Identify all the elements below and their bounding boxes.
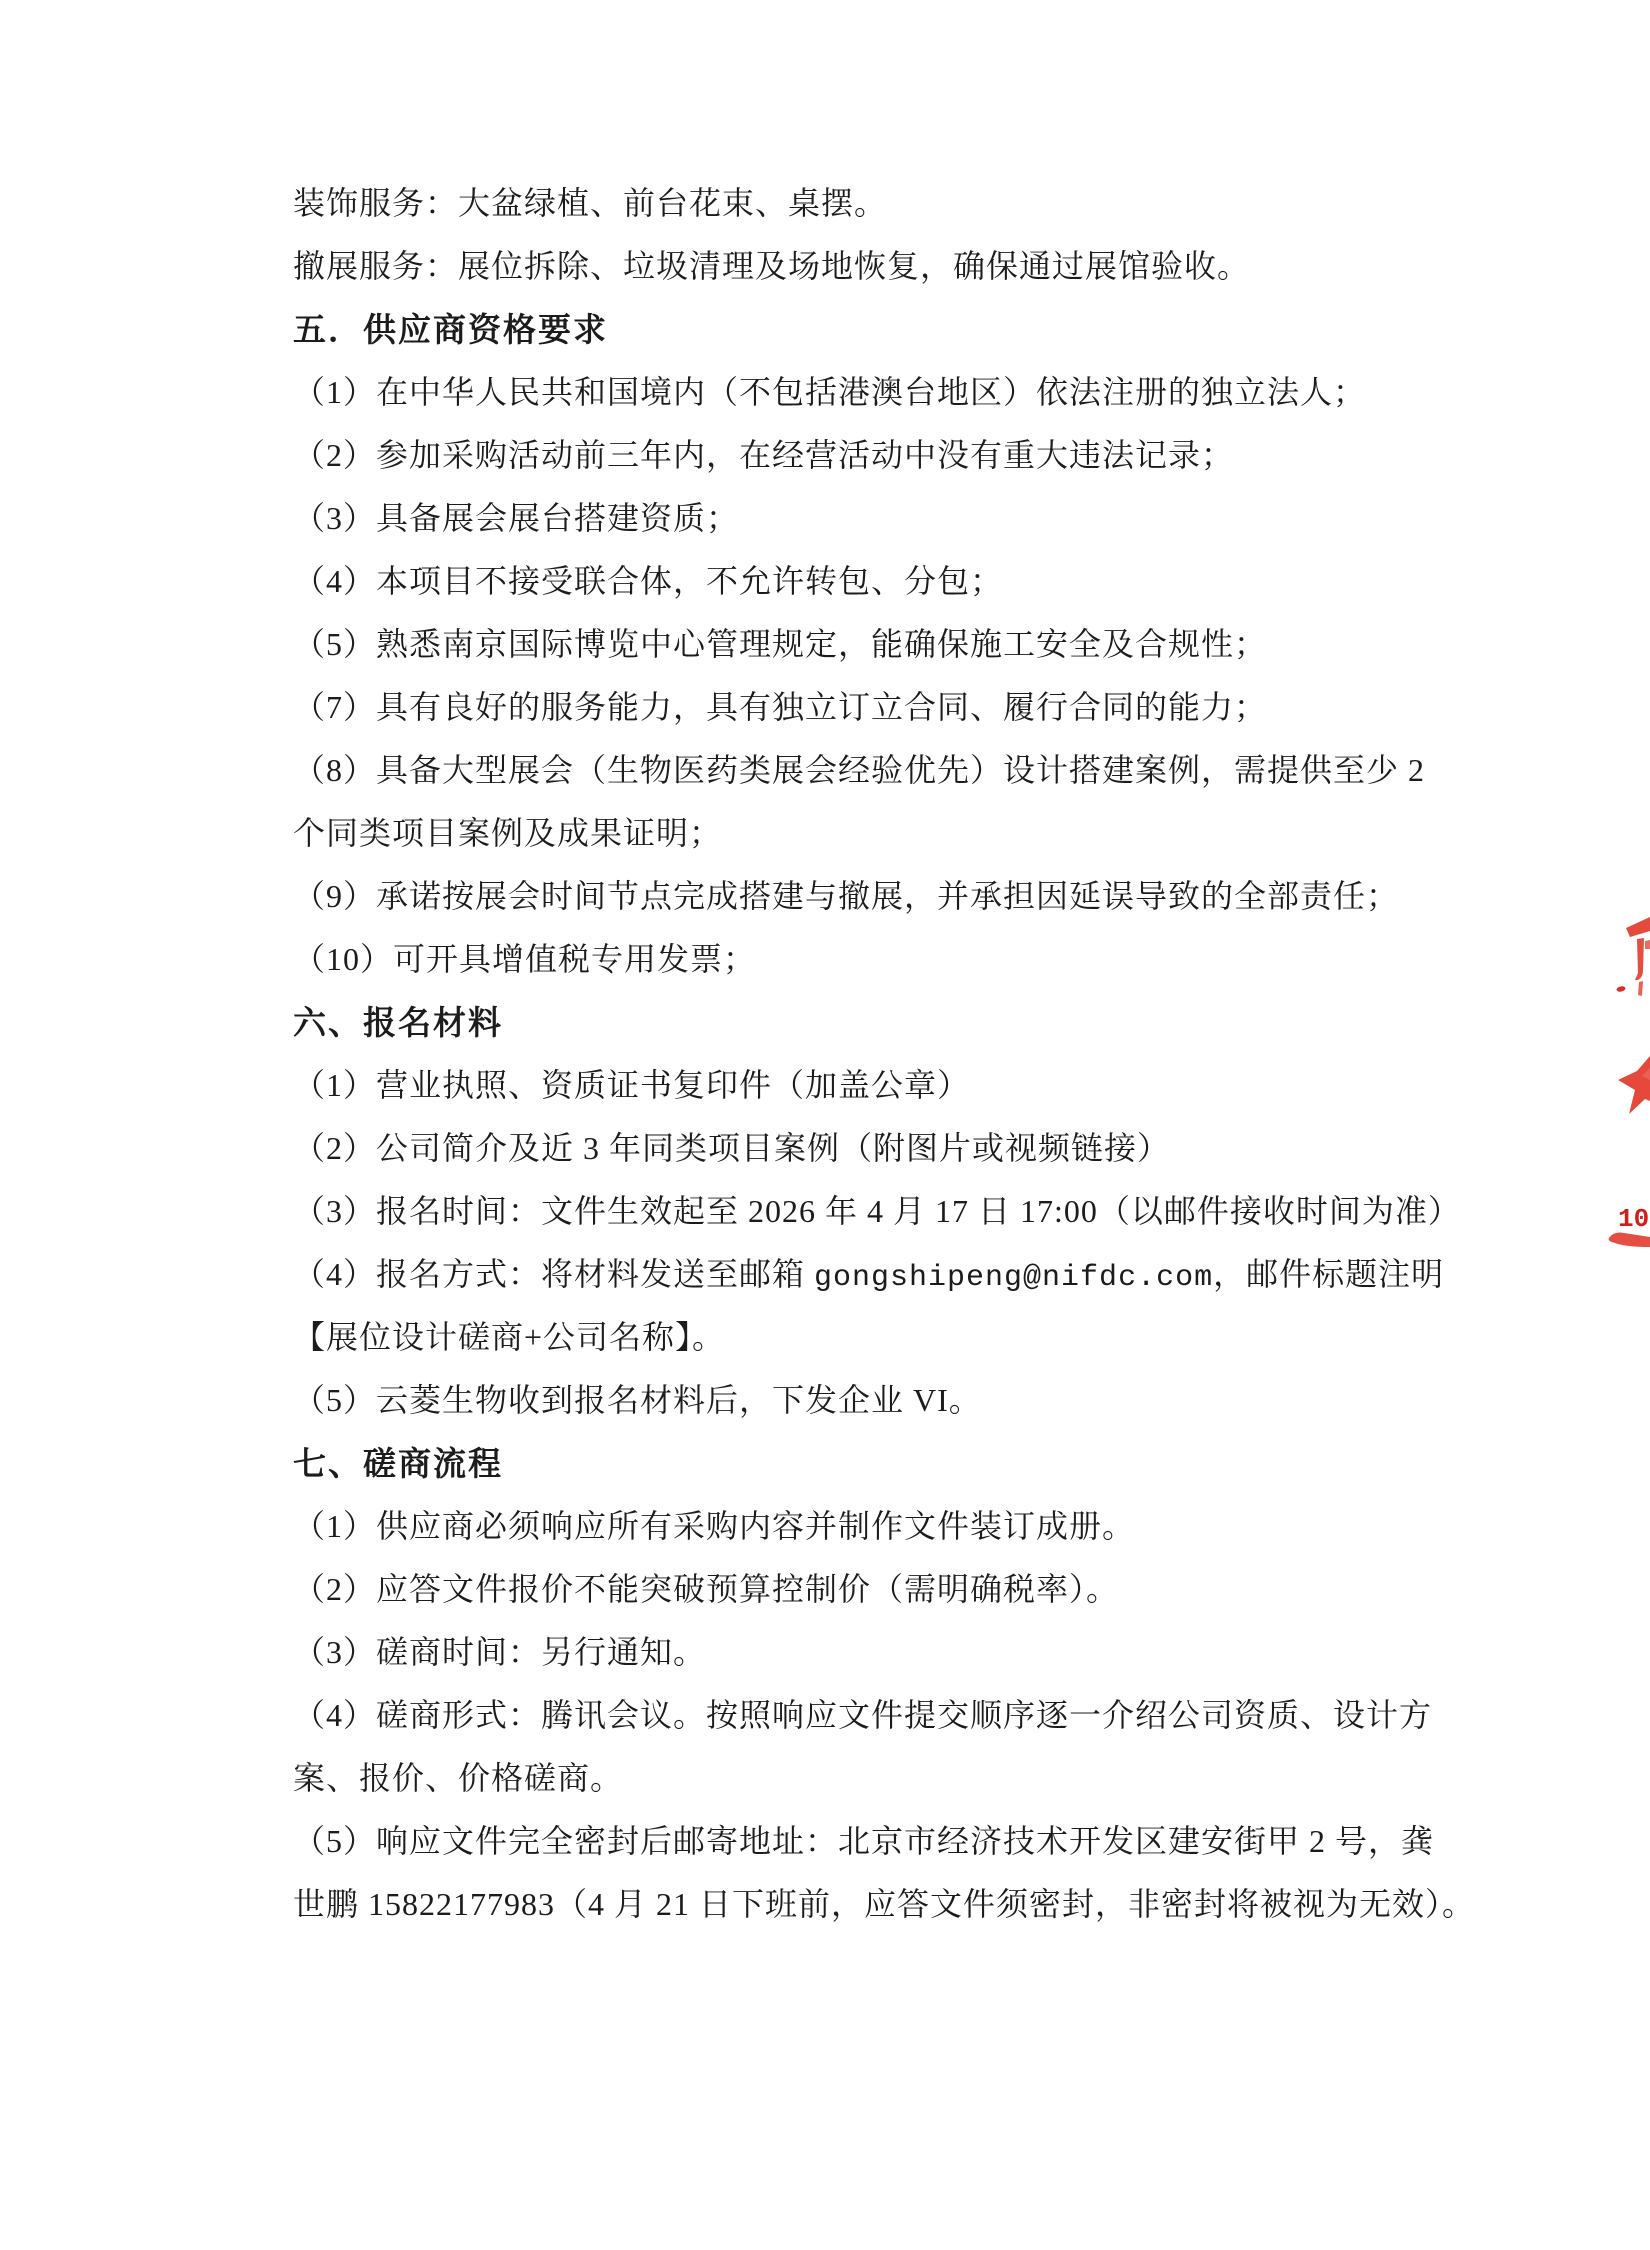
red-seal-character-fragment-icon [1612,912,1650,1007]
qualification-item-10: （10）可开具增值税专用发票； [293,928,1493,991]
qualification-item-9: （9）承诺按展会时间节点完成搭建与撤展，并承担因延误导致的全部责任； [293,865,1493,928]
qualification-item-7: （7）具有良好的服务能力，具有独立订立合同、履行合同的能力； [293,676,1493,739]
seal-number-text: 10 [1618,1204,1649,1234]
negotiation-item-5-address: （5）响应文件完全密封后邮寄地址：北京市经济技术开发区建安街甲 2 号，龚 [293,1810,1493,1873]
registration-item-2: （2）公司简介及近 3 年同类项目案例（附图片或视频链接） [293,1117,1493,1180]
negotiation-item-2: （2）应答文件报价不能突破预算控制价（需明确税率）。 [293,1558,1493,1621]
qualification-item-5: （5）熟悉南京国际博览中心管理规定，能确保施工安全及合规性； [293,613,1493,676]
paragraph-teardown-service: 撤展服务：展位拆除、垃圾清理及场地恢复，确保通过展馆验收。 [293,235,1493,298]
negotiation-item-4-continuation: 案、报价、价格磋商。 [293,1747,1493,1810]
qualification-item-8: （8）具备大型展会（生物医药类展会经验优先）设计搭建案例，需提供至少 2 [293,739,1493,802]
registration-email-address: gongshipeng@nifdc.com [814,1261,1213,1295]
red-seal-number-fragment-icon: 10 [1606,1196,1650,1256]
registration-item-1: （1）营业执照、资质证书复印件（加盖公章） [293,1054,1493,1117]
negotiation-item-3: （3）磋商时间：另行通知。 [293,1621,1493,1684]
scanned-document-page: 装饰服务：大盆绿植、前台花束、桌摆。 撤展服务：展位拆除、垃圾清理及场地恢复，确… [0,0,1650,2250]
qualification-item-8-continuation: 个同类项目案例及成果证明； [293,802,1493,865]
negotiation-item-5-continuation: 世鹏 15822177983（4 月 21 日下班前，应答文件须密封，非密封将被… [293,1873,1493,1936]
section-heading-negotiation-process: 七、磋商流程 [293,1432,1493,1495]
qualification-item-2: （2）参加采购活动前三年内，在经营活动中没有重大违法记录； [293,424,1493,487]
negotiation-item-1: （1）供应商必须响应所有采购内容并制作文件装订成册。 [293,1495,1493,1558]
qualification-item-1: （1）在中华人民共和国境内（不包括港澳台地区）依法注册的独立法人； [293,361,1493,424]
registration-item-4-email-line: （4）报名方式：将材料发送至邮箱 gongshipeng@nifdc.com，邮… [293,1243,1493,1306]
registration-item-4-prefix: （4）报名方式：将材料发送至邮箱 [293,1256,814,1292]
registration-item-4-suffix: ，邮件标题注明 [1213,1256,1444,1292]
section-heading-supplier-qualifications: 五．供应商资格要求 [293,298,1493,361]
paragraph-decoration-service: 装饰服务：大盆绿植、前台花束、桌摆。 [293,172,1493,235]
qualification-item-4: （4）本项目不接受联合体，不允许转包、分包； [293,550,1493,613]
registration-item-3-deadline: （3）报名时间：文件生效起至 2026 年 4 月 17 日 17:00（以邮件… [293,1180,1493,1243]
qualification-item-3: （3）具备展会展台搭建资质； [293,487,1493,550]
negotiation-item-4: （4）磋商形式：腾讯会议。按照响应文件提交顺序逐一介绍公司资质、设计方 [293,1684,1493,1747]
registration-item-4-continuation: 【展位设计磋商+公司名称】。 [293,1306,1493,1369]
red-seal-star-fragment-icon [1612,1050,1650,1132]
document-body: 装饰服务：大盆绿植、前台花束、桌摆。 撤展服务：展位拆除、垃圾清理及场地恢复，确… [293,172,1493,1936]
registration-item-5: （5）云菱生物收到报名材料后，下发企业 VI。 [293,1369,1493,1432]
section-heading-registration-materials: 六、报名材料 [293,991,1493,1054]
